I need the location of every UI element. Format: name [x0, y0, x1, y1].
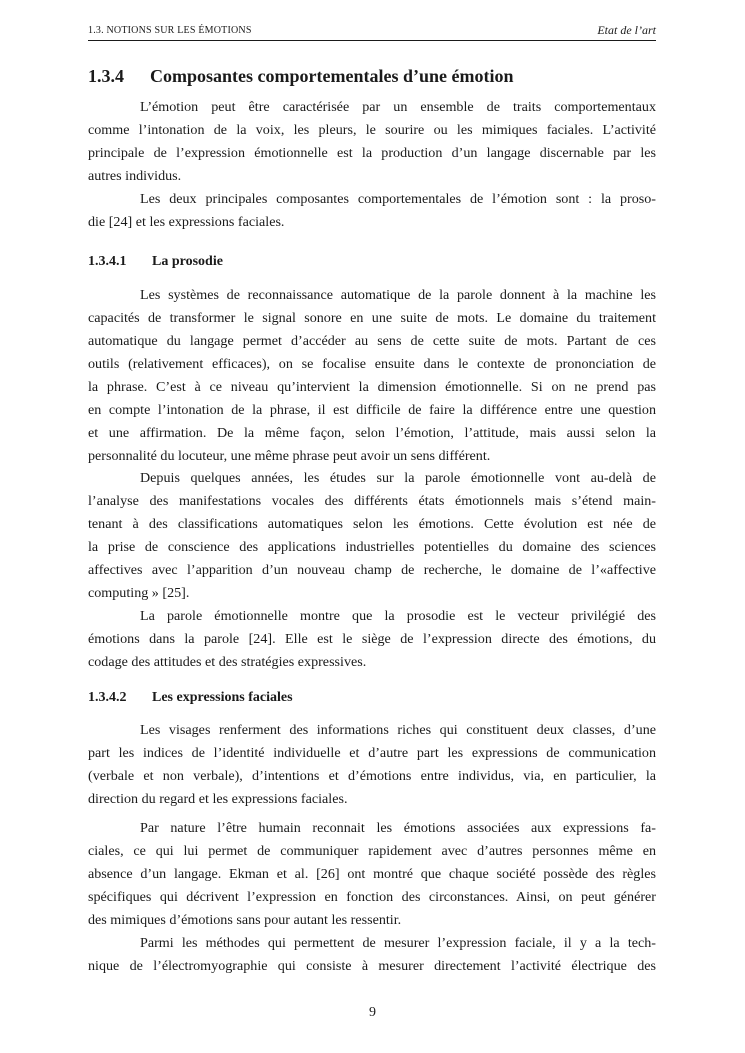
text-line: et une affirmation. De la même façon, se… — [88, 422, 656, 444]
header-rule — [88, 40, 656, 41]
text-line: spécifiques qui décrivent l’expression e… — [88, 886, 656, 908]
text-line: ciales, ce qui lui permet de communiquer… — [88, 840, 656, 862]
text-line: émotions dans la parole [24]. Elle est l… — [88, 628, 656, 650]
text-line: automatique du langage permet d’accéder … — [88, 330, 656, 352]
text-line: principale de l’expression émotionnelle … — [88, 142, 656, 164]
text-line: (verbale et non verbale), d’intentions e… — [88, 765, 656, 787]
text-line: codage des attitudes et des stratégies e… — [88, 651, 656, 673]
text-line: Les deux principales composantes comport… — [140, 188, 656, 210]
running-header-chapter: Etat de l’art — [597, 23, 656, 38]
section-title: Composantes comportementales d’une émoti… — [150, 66, 513, 86]
text-line: en compte l’intonation de la phrase, il … — [88, 399, 656, 421]
subsection-title: Les expressions faciales — [152, 690, 293, 705]
text-line: personnalité du locuteur, une même phras… — [88, 445, 656, 467]
text-line: part les indices de l’identité individue… — [88, 742, 656, 764]
running-header-section: 1.3. NOTIONS SUR LES ÉMOTIONS — [88, 25, 252, 36]
text-line: direction du regard et les expressions f… — [88, 788, 656, 810]
text-line: la phrase. C’est à ce niveau qu’intervie… — [88, 376, 656, 398]
section-number: 1.3.4 — [88, 66, 150, 87]
text-line: affectives avec l’apparition d’un nouvea… — [88, 559, 656, 581]
text-line: des mimiques d’émotions sans pour autant… — [88, 909, 656, 931]
page-number: 9 — [0, 1005, 745, 1021]
text-line: Depuis quelques années, les études sur l… — [140, 467, 656, 489]
subsection-heading: 1.3.4.2Les expressions faciales — [88, 690, 293, 706]
text-line: l’analyse des manifestations vocales des… — [88, 490, 656, 512]
text-line: autres individus. — [88, 165, 656, 187]
text-line: tenant à des classifications automatique… — [88, 513, 656, 535]
text-line: L’émotion peut être caractérisée par un … — [140, 96, 656, 118]
text-line: Parmi les méthodes qui permettent de mes… — [140, 932, 656, 954]
text-line: die [24] et les expressions faciales. — [88, 211, 656, 233]
section-heading: 1.3.4Composantes comportementales d’une … — [88, 66, 513, 87]
text-line: outils (relativement efficaces), on se f… — [88, 353, 656, 375]
subsection-heading: 1.3.4.1La prosodie — [88, 254, 223, 270]
text-line: capacités de transformer le signal sonor… — [88, 307, 656, 329]
subsection-title: La prosodie — [152, 254, 223, 269]
text-line: la prise de conscience des applications … — [88, 536, 656, 558]
subsection-number: 1.3.4.1 — [88, 254, 152, 270]
text-line: absence d’un langage. Ekman et al. [26] … — [88, 863, 656, 885]
text-line: computing » [25]. — [88, 582, 656, 604]
text-line: Par nature l’être humain reconnait les é… — [140, 817, 656, 839]
text-line: comme l’intonation de la voix, les pleur… — [88, 119, 656, 141]
text-line: Les systèmes de reconnaissance automatiq… — [140, 284, 656, 306]
text-line: La parole émotionnelle montre que la pro… — [140, 605, 656, 627]
text-line: Les visages renferment des informations … — [140, 719, 656, 741]
text-line: nique de l’électromyographie qui consist… — [88, 955, 656, 977]
subsection-number: 1.3.4.2 — [88, 690, 152, 706]
